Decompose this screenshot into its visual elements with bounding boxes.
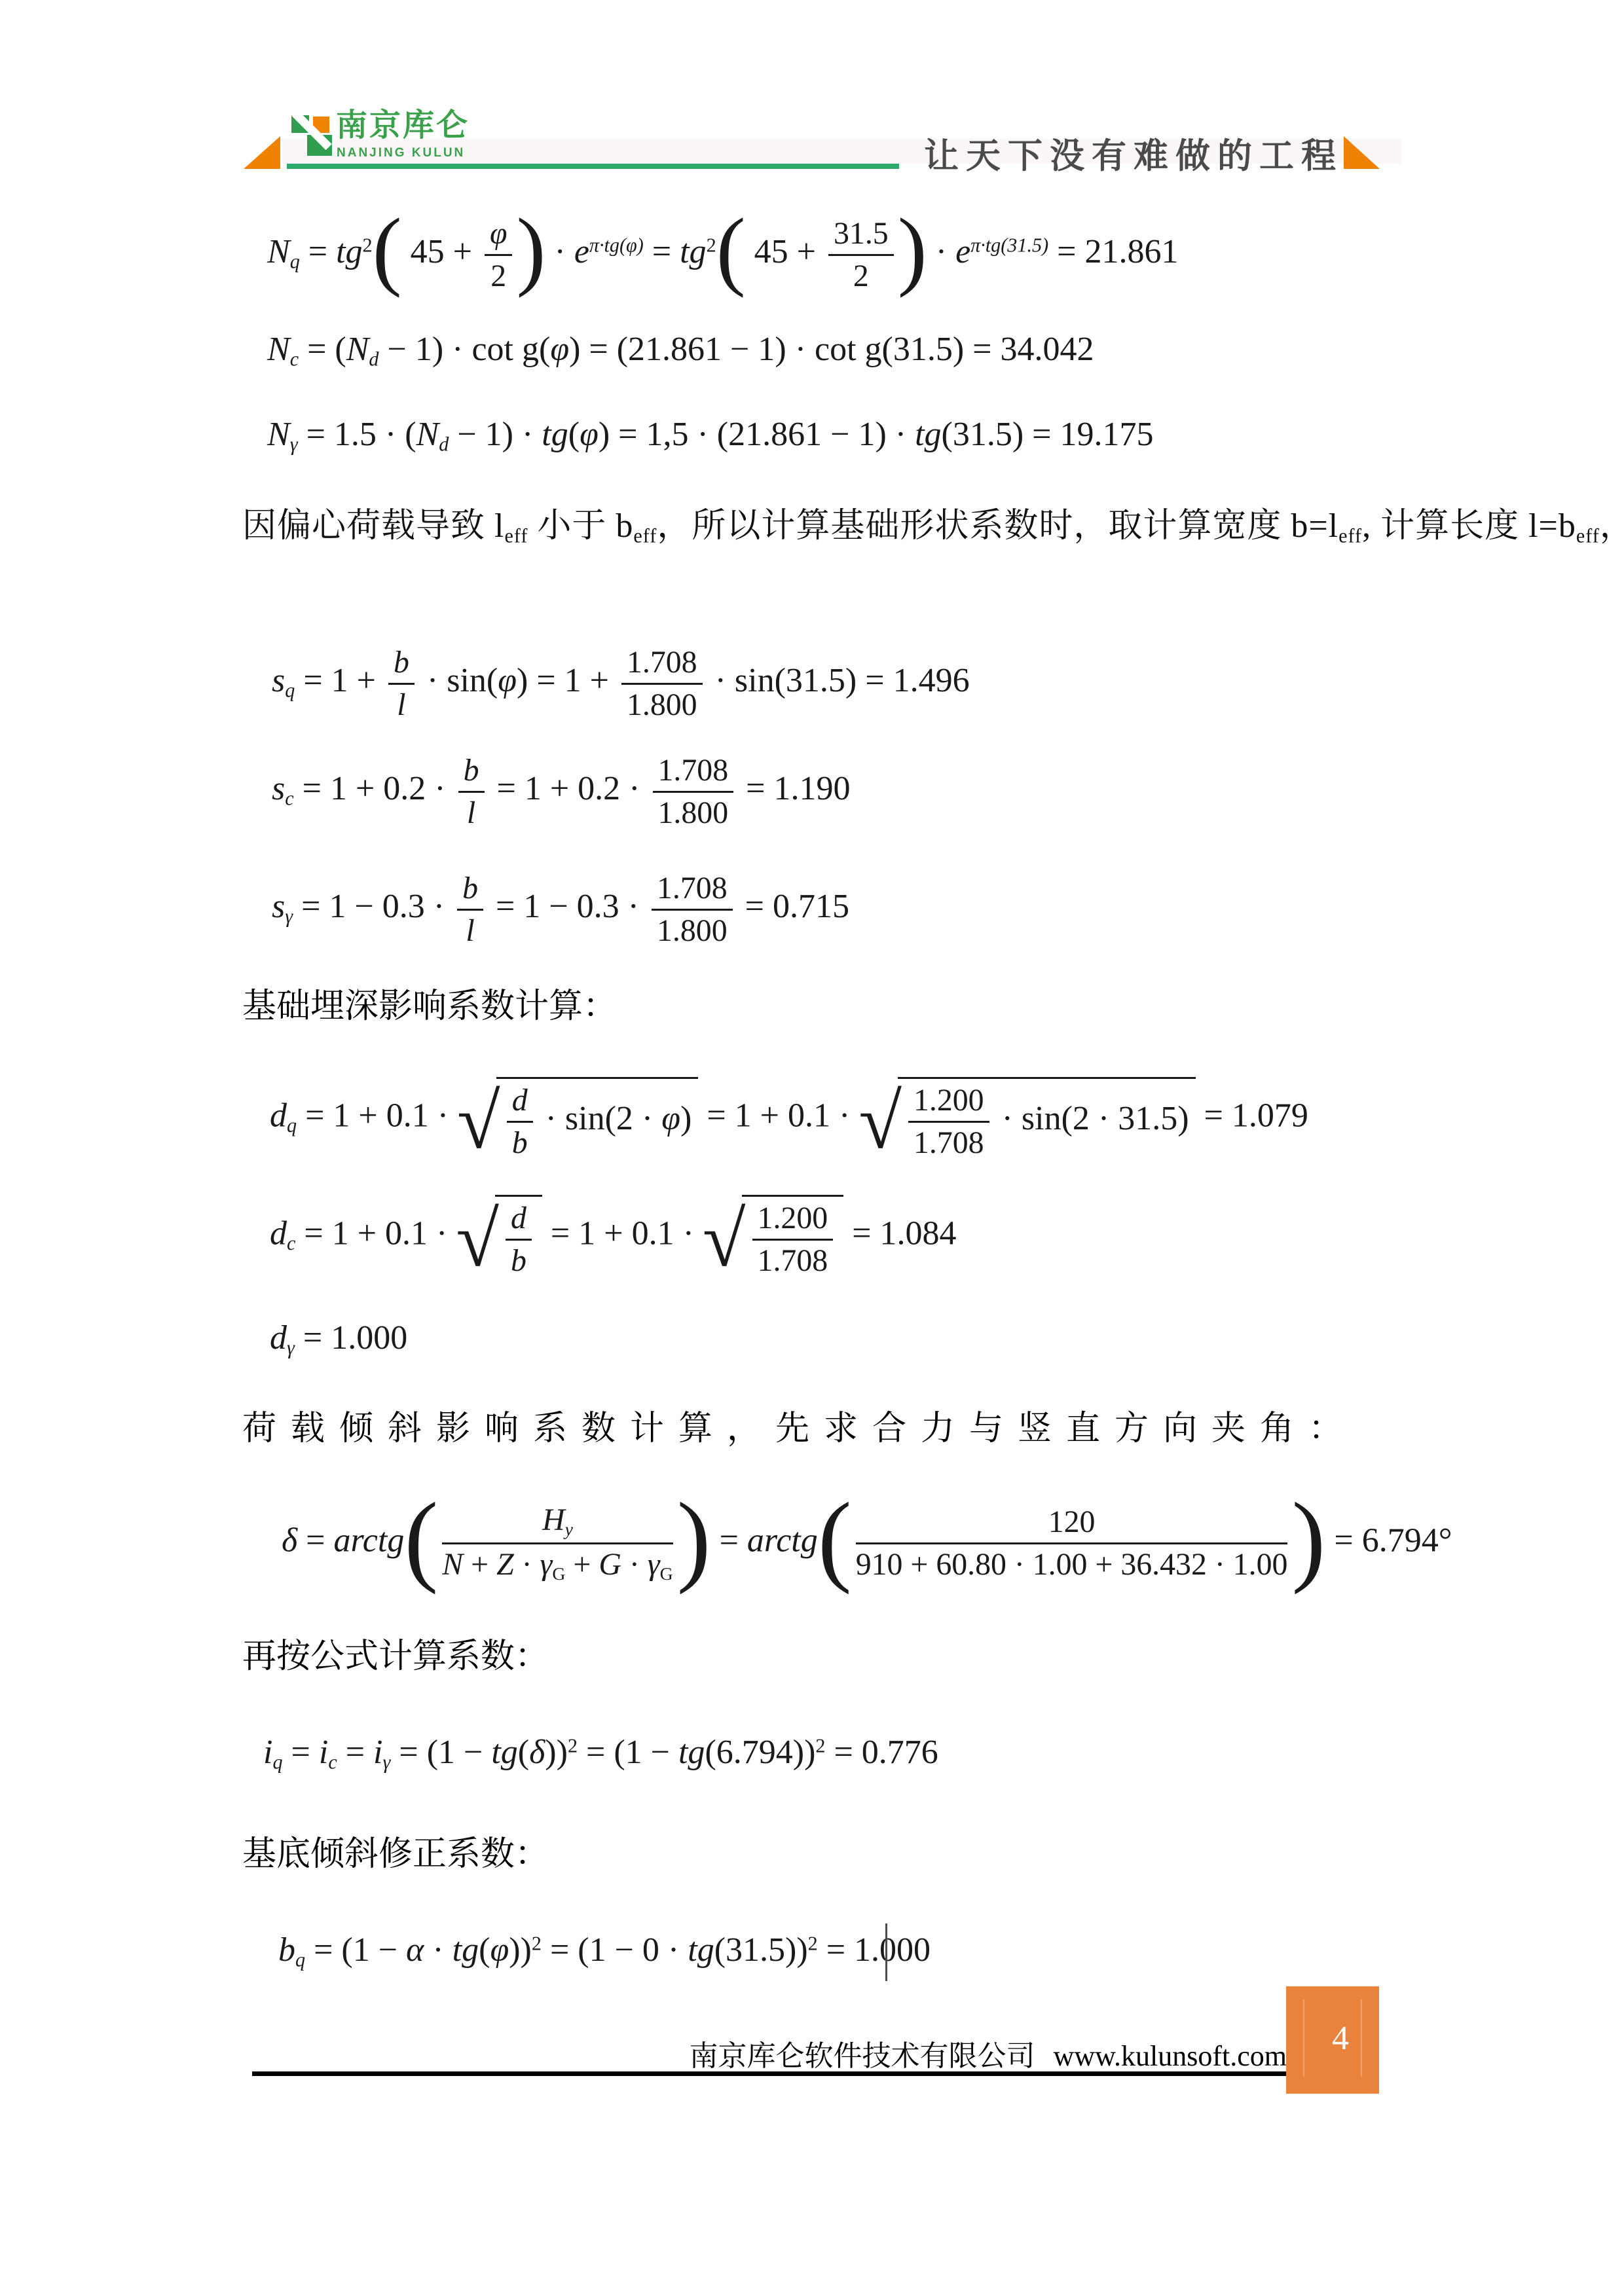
header-green-rule (287, 164, 899, 169)
footer-rule (252, 2071, 1289, 2076)
formula-nq: Nq = tg2( 45 + φ2) · eπ·tg(φ) = tg2( 45 … (267, 216, 1178, 293)
formula-iq: iq = ic = iγ = (1 − tg(δ))2 = (1 − tg(6.… (263, 1734, 938, 1774)
formula-bq: bq = (1 − α · tg(φ))2 = (1 − 0 · tg(31.5… (278, 1931, 931, 1971)
brand-name-cn: 南京库仑 (336, 110, 470, 141)
formula-dgamma: dγ = 1.000 (270, 1319, 407, 1359)
footer-website: www.kulunsoft.com (1054, 2040, 1287, 2072)
brand-name-en: NANJING KULUN (337, 147, 465, 159)
formula-delta: δ = arctg(HyN + Z · γG + G · γG) = arctg… (282, 1503, 1452, 1584)
formula-dc: dc = 1 + 0.1 · √db = 1 + 0.1 · √1.2001.7… (270, 1195, 956, 1278)
paragraph-eccentric-load: 因偏心荷载导致 leff 小于 beff，所以计算基础形状系数时，取计算宽度 b… (242, 492, 1416, 570)
footer-company: 南京库仑软件技术有限公司 (690, 2040, 1035, 2072)
formula-ngamma: Nγ = 1.5 · (Nd − 1) · tg(φ) = 1,5 · (21.… (267, 416, 1154, 456)
page-box-inner-line-right (1361, 1999, 1362, 2077)
formula-sgamma: sγ = 1 − 0.3 · bl = 1 − 0.3 · 1.7081.800… (272, 871, 849, 948)
footer-company-line: 南京库仑软件技术有限公司www.kulunsoft.com (524, 2032, 1287, 2074)
kulun-logo-icon (291, 115, 332, 156)
formula-dq: dq = 1 + 0.1 · √db · sin(2 · φ) = 1 + 0.… (270, 1077, 1308, 1160)
page-box-inner-line-left (1303, 1999, 1304, 2077)
header-right-triangle-icon (1344, 136, 1380, 169)
text-cursor (885, 1923, 887, 1981)
header-slogan: 让天下没有难做的工程 (924, 139, 1343, 173)
formula-sq: sq = 1 + bl · sin(φ) = 1 + 1.7081.800 · … (272, 645, 970, 722)
page-number-box: 4 (1286, 1986, 1379, 2094)
document-page: 南京库仑 NANJING KULUN 让天下没有难做的工程 Nq = tg2( … (0, 0, 1624, 2296)
heading-depth-factors: 基础埋深影响系数计算： (242, 985, 617, 1028)
formula-sc: sc = 1 + 0.2 · bl = 1 + 0.2 · 1.7081.800… (272, 753, 850, 830)
heading-base-tilt: 基底倾斜修正系数： (242, 1833, 549, 1876)
header-left-triangle-icon (244, 136, 280, 169)
heading-inclination-factors: 荷载倾斜影响系数计算，先求合力与竖直方向夹角： (242, 1408, 1357, 1450)
heading-by-formula: 再按公式计算系数： (242, 1635, 549, 1678)
formula-nc: Nc = (Nd − 1) · cot g(φ) = (21.861 − 1) … (267, 331, 1094, 371)
page-number: 4 (1332, 2022, 1349, 2056)
